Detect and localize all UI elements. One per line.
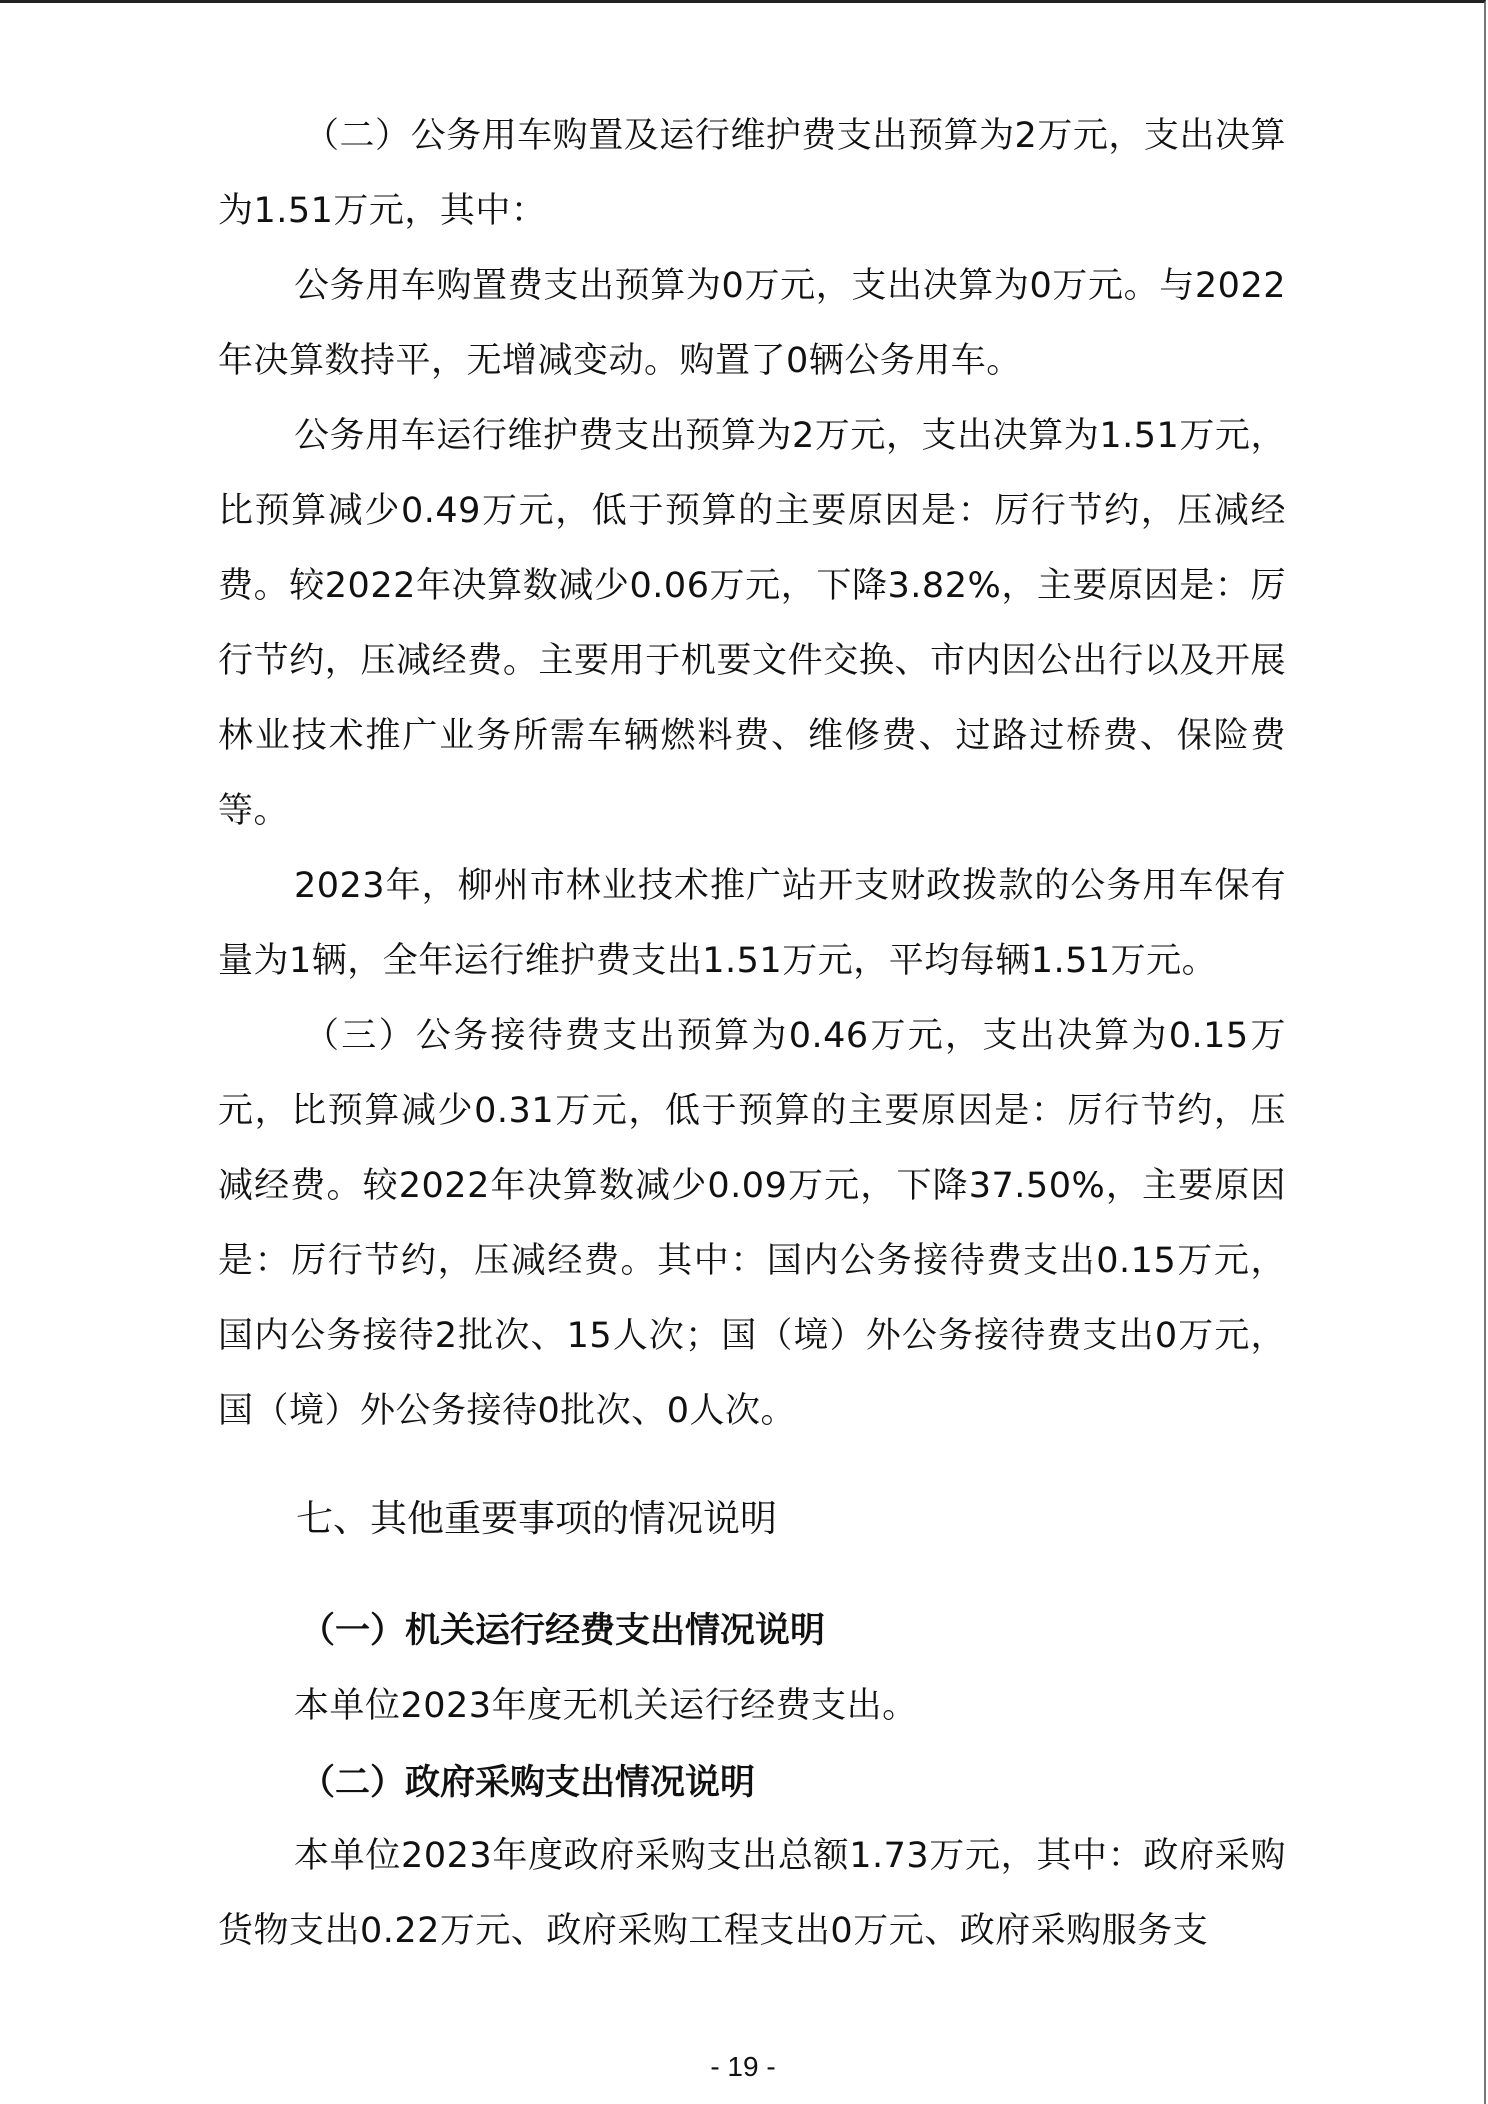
paragraph-operating-expenses: 本单位2023年度无机关运行经费支出。 [218, 1669, 1286, 1744]
body-text: （二）公务用车购置及运行维护费支出预算为2万元，支出决算为1.51万元，其中： … [218, 99, 1286, 1449]
paragraph-vehicle-holdings: 2023年，柳州市林业技术推广站开支财政拨款的公务用车保有量为1辆，全年运行维护… [218, 849, 1286, 999]
paragraph-vehicle-purchase: 公务用车购置费支出预算为0万元，支出决算为0万元。与2022年决算数持平，无增减… [218, 249, 1286, 399]
subsection-body-procurement: 本单位2023年度政府采购支出总额1.73万元，其中：政府采购货物支出0.22万… [218, 1819, 1286, 1969]
page-number: - 19 - [0, 2049, 1486, 2085]
document-page: （二）公务用车购置及运行维护费支出预算为2万元，支出决算为1.51万元，其中： … [0, 0, 1486, 2104]
paragraph-procurement: 本单位2023年度政府采购支出总额1.73万元，其中：政府采购货物支出0.22万… [218, 1819, 1286, 1969]
paragraph-vehicle-total: （二）公务用车购置及运行维护费支出预算为2万元，支出决算为1.51万元，其中： [218, 99, 1286, 249]
paragraph-vehicle-maintenance: 公务用车运行维护费支出预算为2万元，支出决算为1.51万元，比预算减少0.49万… [218, 399, 1286, 849]
subsection-title-procurement: （二）政府采购支出情况说明 [300, 1757, 755, 1809]
subsection-title-operating-expenses: （一）机关运行经费支出情况说明 [300, 1605, 825, 1657]
subsection-body-operating-expenses: 本单位2023年度无机关运行经费支出。 [218, 1669, 1286, 1744]
paragraph-reception: （三）公务接待费支出预算为0.46万元，支出决算为0.15万元，比预算减少0.3… [218, 999, 1286, 1449]
section-title-other-matters: 七、其他重要事项的情况说明 [296, 1493, 777, 1545]
